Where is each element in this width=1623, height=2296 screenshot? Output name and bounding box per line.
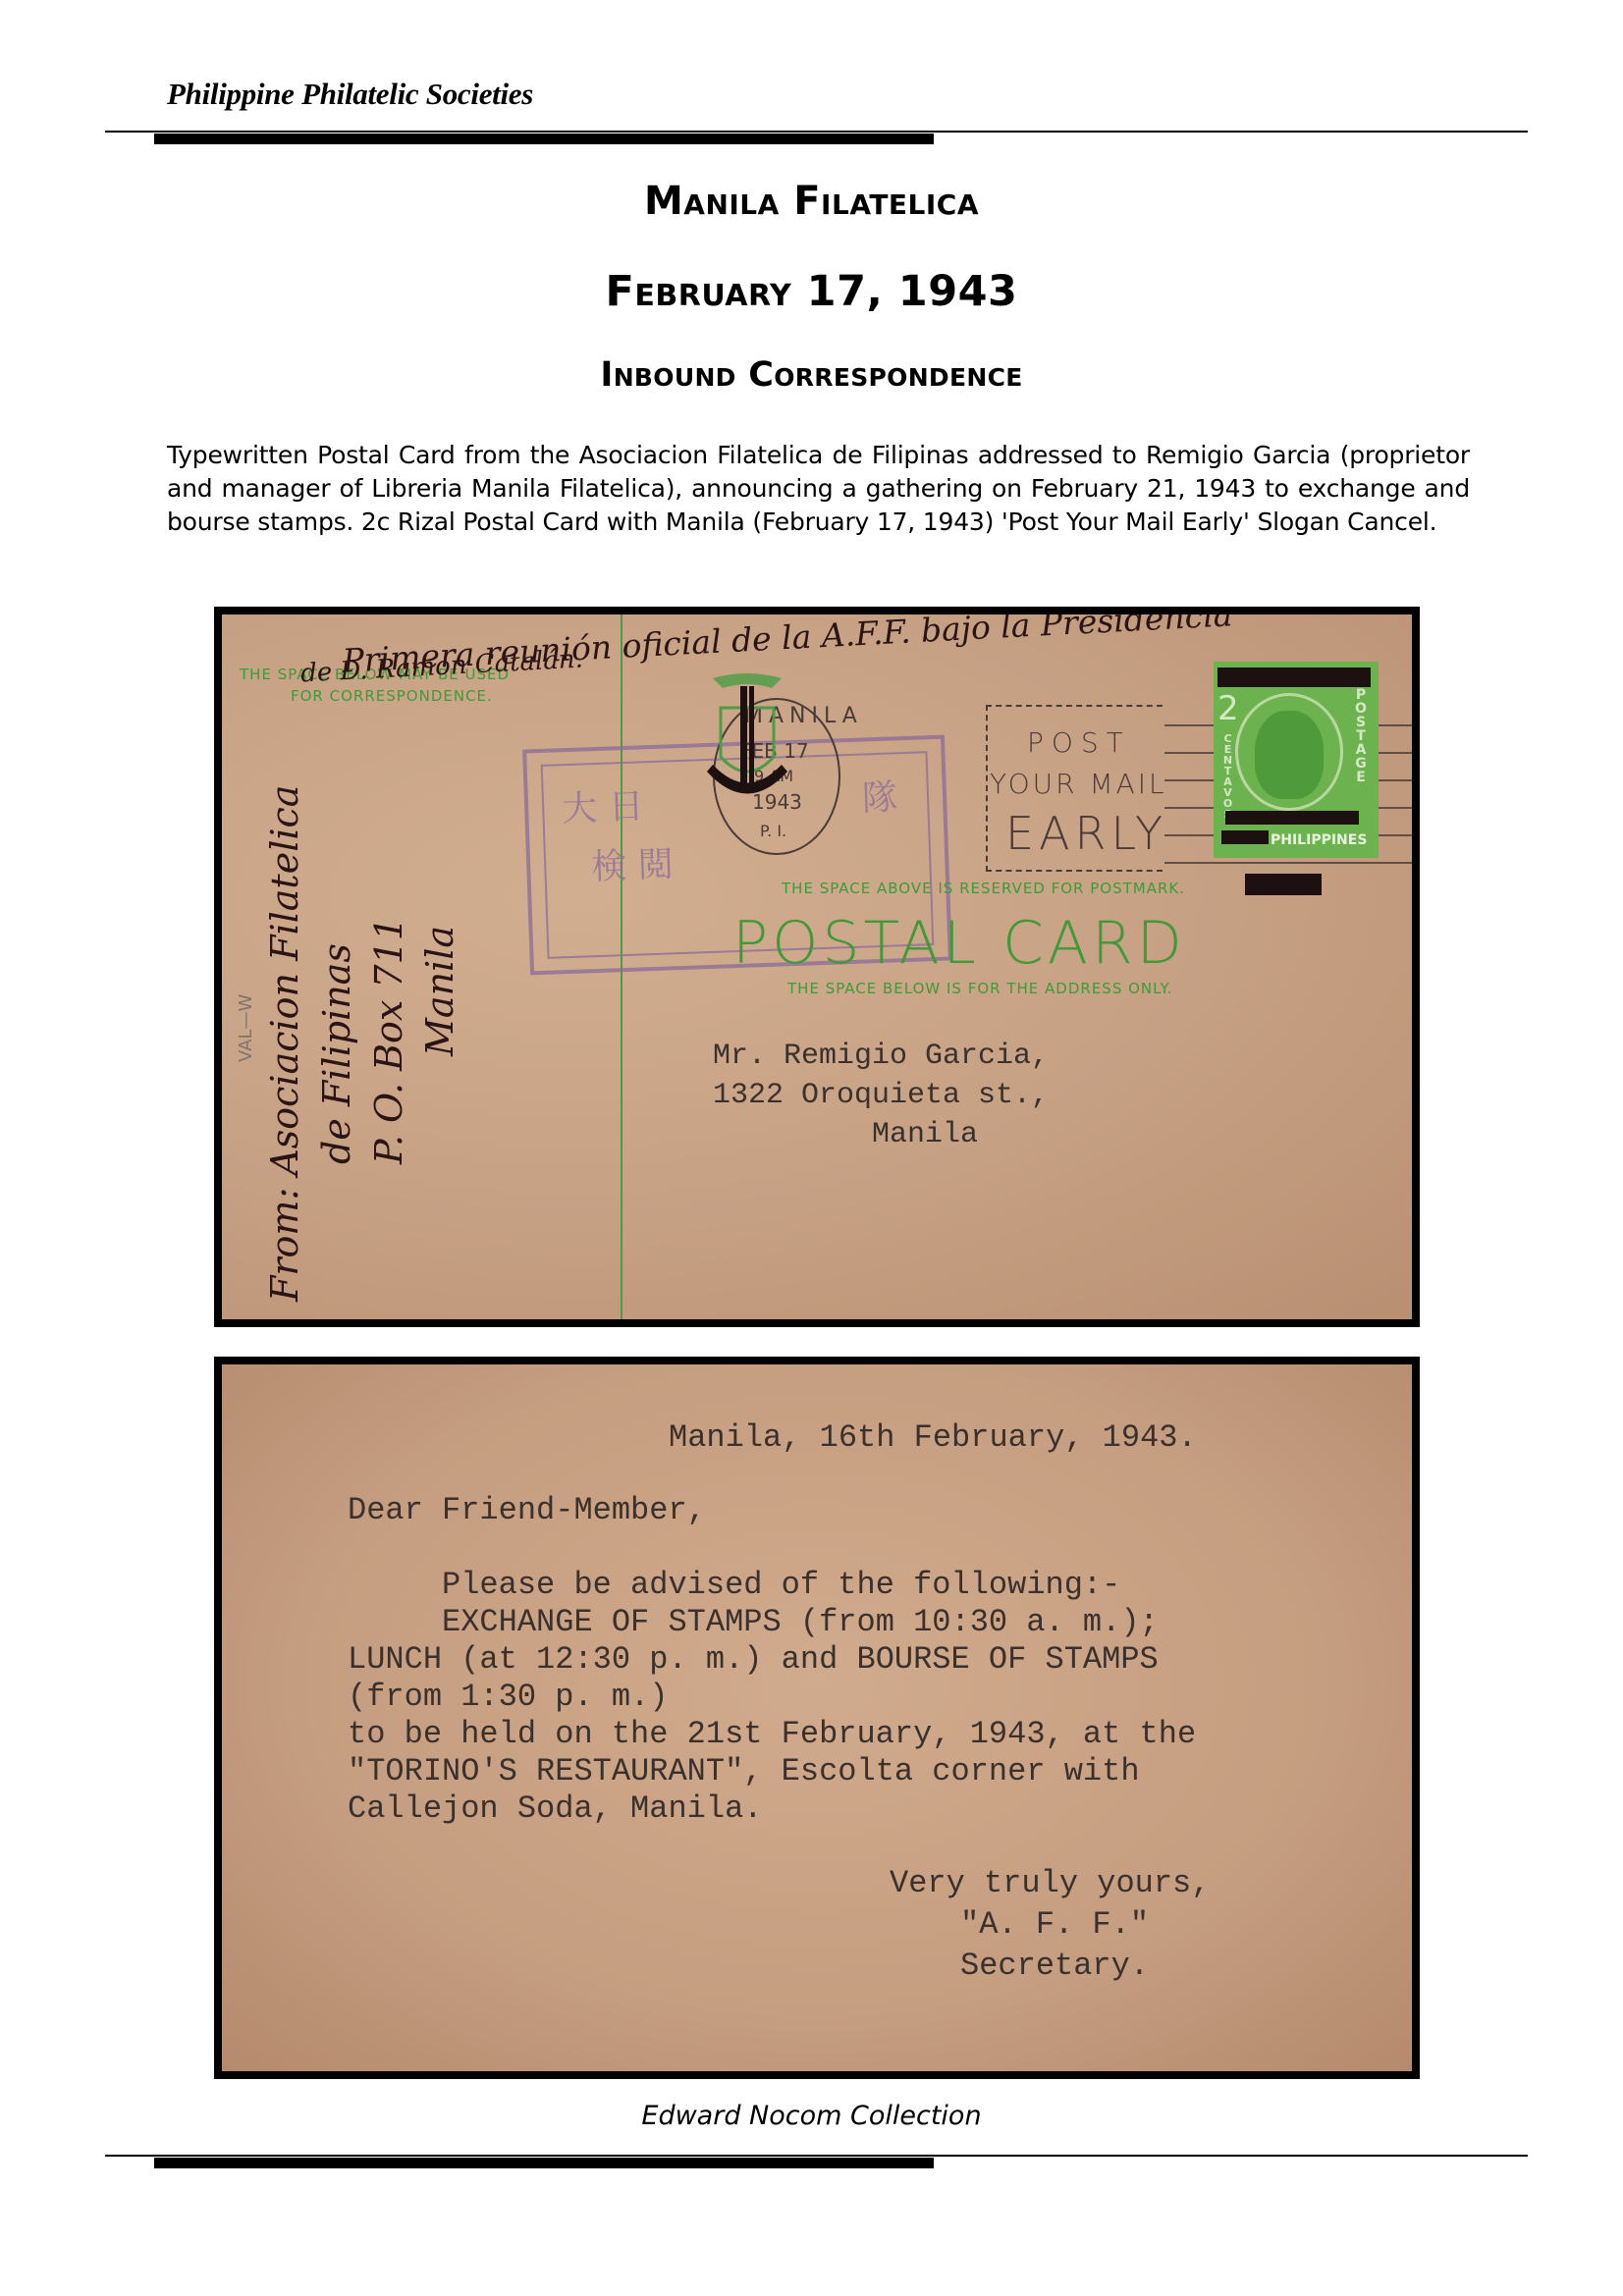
letter-body-line: Callejon Soda, Manila.: [348, 1790, 1196, 1828]
printed-correspondence-note-2: FOR CORRESPONDENCE.: [291, 687, 493, 705]
stamp-value: 2: [1217, 689, 1239, 728]
letter-body-line: "TORINO'S RESTAURANT", Escolta corner wi…: [348, 1753, 1196, 1790]
letter-closing: Very truly yours,: [890, 1865, 1210, 1901]
stamp-country: PHILIPPINES: [1271, 832, 1367, 848]
slogan-line-your-mail: YOUR MAIL: [990, 768, 1167, 800]
handwritten-sender-line-4: Manila: [418, 926, 461, 1056]
printed-address-note: THE SPACE BELOW IS FOR THE ADDRESS ONLY.: [787, 980, 1172, 997]
philippine-emblem-overprint-icon: [703, 668, 791, 806]
stamp-postage-text: POSTAGE: [1353, 687, 1369, 783]
postal-card-printed-title: POSTAL CARD: [732, 909, 1186, 978]
overprint-bar: [1225, 811, 1359, 825]
pencil-annotation: VAL—W: [236, 994, 256, 1062]
running-header-title: Philippine Philatelic Societies: [167, 77, 533, 112]
letter-body-line: LUNCH (at 12:30 p. m.) and BOURSE OF STA…: [348, 1641, 1196, 1679]
slogan-line-early: EARLY: [1005, 807, 1167, 860]
overprint-bar: [1217, 667, 1371, 687]
postal-card-front-image: THE SPACE BELOW MAY BE USED FOR CORRESPO…: [214, 607, 1420, 1327]
header-rule: [105, 131, 1528, 133]
censor-text-line-2: 検 閲: [590, 836, 674, 889]
header-thick-bar: [154, 133, 934, 144]
rizal-2c-stamp-imprint: 2 CENTAVOS POSTAGE PHILIPPINES: [1214, 662, 1379, 858]
letter-salutation: Dear Friend-Member,: [348, 1492, 706, 1528]
censor-text-extra: 隊: [861, 770, 898, 821]
footer-rule: [105, 2155, 1528, 2157]
letter-body-line: EXCHANGE OF STAMPS (from 10:30 a. m.);: [348, 1604, 1196, 1641]
handwritten-sender-line-1: From: Asociacion Filatelica: [263, 785, 306, 1302]
letter-body-line: to be held on the 21st February, 1943, a…: [348, 1716, 1196, 1753]
description-paragraph: Typewritten Postal Card from the Asociac…: [167, 439, 1470, 539]
postmark-country: P. I.: [760, 822, 786, 840]
overprint-bar: [1245, 874, 1322, 895]
handwritten-sender-line-3: P. O. Box 711: [367, 917, 410, 1164]
letter-body-line: (from 1:30 p. m.): [348, 1679, 1196, 1716]
letter-dateline: Manila, 16th February, 1943.: [669, 1419, 1197, 1456]
letter-body-line: Please be advised of the following:-: [348, 1567, 1196, 1604]
address-line-3: Manila: [713, 1115, 1049, 1154]
printed-postmark-note: THE SPACE ABOVE IS RESERVED FOR POSTMARK…: [782, 880, 1185, 897]
page-title: Manila Filatelica: [0, 179, 1623, 224]
handwritten-sender-line-2: de Filipinas: [315, 943, 358, 1164]
letter-body: Please be advised of the following:- EXC…: [348, 1567, 1196, 1828]
stamp-denomination: CENTAVOS: [1221, 732, 1234, 819]
slogan-line-post: POST: [1027, 726, 1131, 759]
postal-card-back-image: Manila, 16th February, 1943. Dear Friend…: [214, 1357, 1420, 2079]
letter-signature: "A. F. F.": [960, 1906, 1149, 1943]
address-line-1: Mr. Remigio Garcia,: [713, 1037, 1049, 1076]
overprint-bar: [1221, 830, 1269, 844]
collection-caption: Edward Nocom Collection: [0, 2101, 1623, 2131]
rizal-portrait-icon: [1255, 711, 1324, 799]
censor-text-line-1: 大 日: [561, 778, 644, 831]
typed-address: Mr. Remigio Garcia,1322 Oroquieta st., M…: [713, 1037, 1049, 1154]
page-date-heading: February 17, 1943: [0, 267, 1623, 316]
letter-signatory-title: Secretary.: [960, 1948, 1149, 1984]
footer-thick-bar: [154, 2158, 934, 2168]
address-line-2: 1322 Oroquieta st.,: [713, 1076, 1049, 1115]
page-subtitle: Inbound Correspondence: [0, 355, 1623, 395]
